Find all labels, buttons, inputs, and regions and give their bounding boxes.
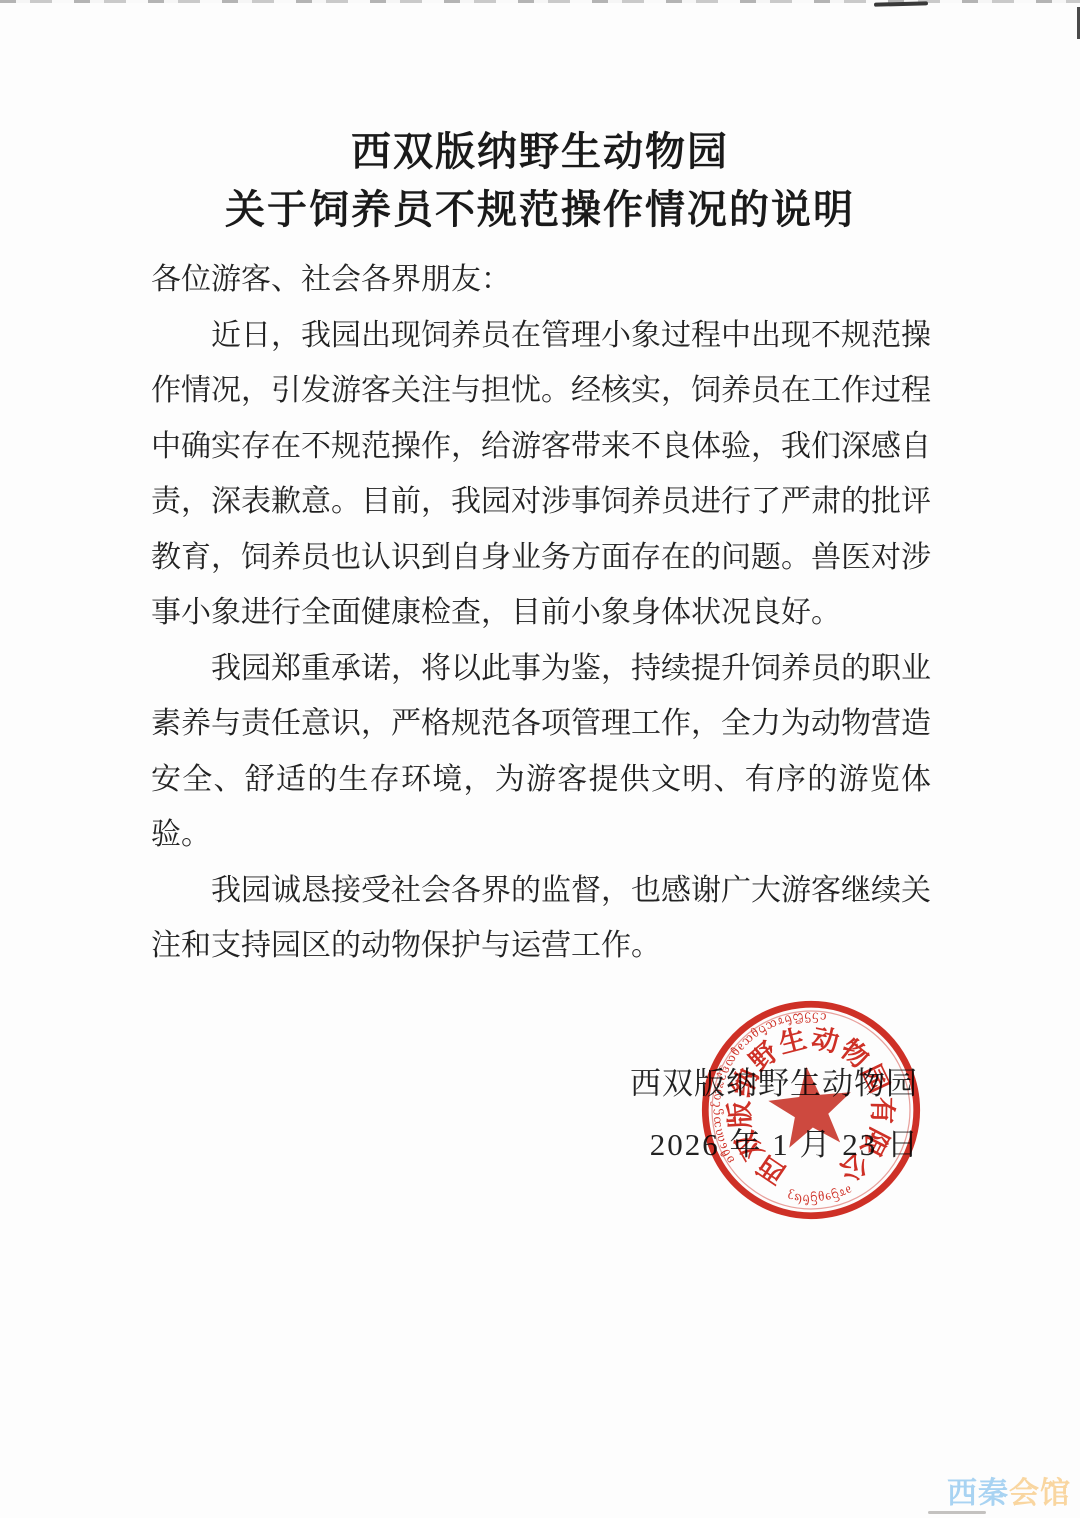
seal-outer-ring: [697, 996, 925, 1224]
signature-organization: 西双版纳野生动物园: [0, 1058, 1080, 1103]
paragraph-3: 我园诚恳接受社会各界的监督，也感谢广大游客继续关注和支持园区的动物保护与运营工作…: [151, 863, 931, 974]
document-title-line1: 西双版纳野生动物园: [0, 120, 1080, 177]
scan-artifact-bottom-line: [928, 1511, 986, 1514]
official-seal: 西双版纳野生动物园有限公司 ᦈᦹᧈᦶᦉᧃᦷᦟᦰᦺᦑᦟᦹᧉᦉᦲᧇᦉᦸᧂᦗᧃᦓᦱ ᦷ…: [697, 996, 925, 1224]
scan-artifact-dash: [874, 1, 928, 6]
watermark-text-orange: 会馆: [1009, 1476, 1071, 1511]
seal-dai-script-bottom: ᦷᦣᧂᦌᦲᧈᦌᦸᧉᦎᦱᧄ: [697, 996, 856, 1217]
document-title-line2: 关于饲养员不规范操作情况的说明: [0, 178, 1080, 235]
paragraph-2: 我园郑重承诺，将以此事为鉴，持续提升饲养员的职业素养与责任意识，严格规范各项管理…: [151, 641, 931, 863]
watermark-text-blue: 西秦: [947, 1476, 1009, 1511]
signature-date: 2026 年 1 月 23 日: [0, 1119, 1080, 1164]
document-body: 各位游客、社会各界朋友： 近日，我园出现饲养员在管理小象过程中出现不规范操作情况…: [151, 252, 931, 974]
seal-inner-ring: [702, 1001, 920, 1219]
scanned-document-page: 西双版纳野生动物园 关于饲养员不规范操作情况的说明 各位游客、社会各界朋友： 近…: [0, 0, 1080, 1518]
salutation-line: 各位游客、社会各界朋友：: [151, 252, 931, 308]
watermark: 西秦会馆: [947, 1479, 1071, 1509]
paragraph-1: 近日，我园出现饲养员在管理小象过程中出现不规范操作情况，引发游客关注与担忧。经核…: [151, 308, 931, 641]
